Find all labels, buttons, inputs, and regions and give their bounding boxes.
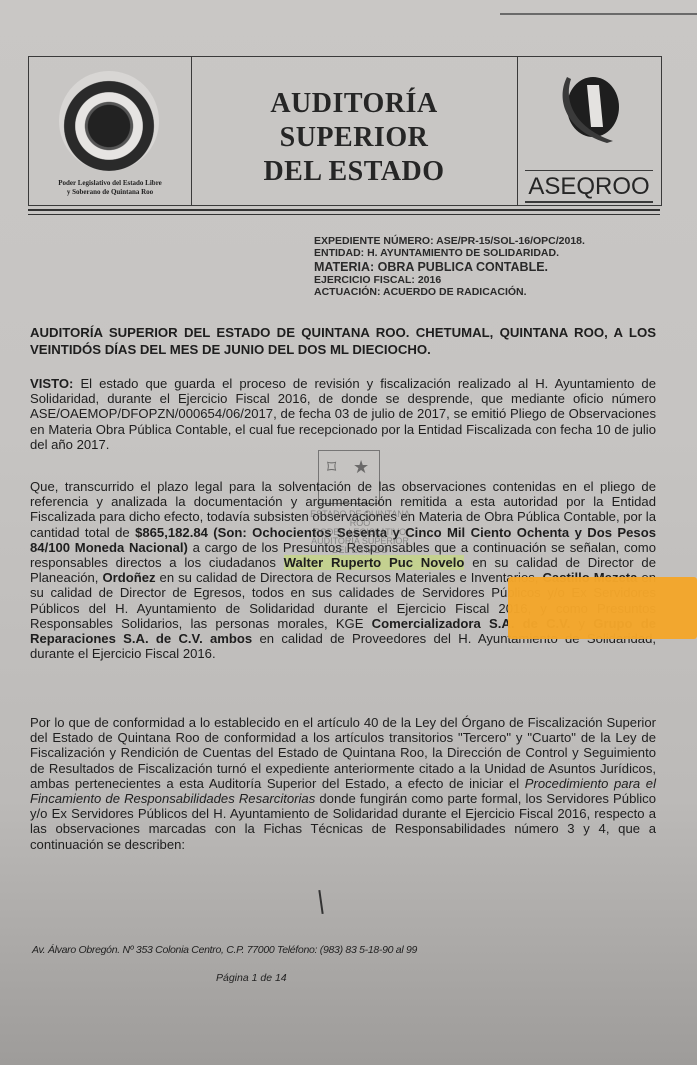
mexican-coat-of-arms-icon bbox=[59, 71, 159, 171]
stamp-symbol-icon: ⌑ bbox=[327, 457, 336, 478]
actuacion: ACTUACIÓN: ACUERDO DE RADICACIÓN. bbox=[314, 286, 585, 298]
materia: MATERIA: OBRA PUBLICA CONTABLE. bbox=[314, 260, 585, 274]
responsible-name-2: Ordoñez bbox=[102, 570, 155, 585]
logo-cell: ASEQROO bbox=[517, 57, 661, 205]
title-cell: AUDITORÍA SUPERIOR DEL ESTADO bbox=[191, 57, 518, 205]
institution-title: AUDITORÍA SUPERIOR DEL ESTADO bbox=[191, 87, 517, 189]
footer-address: Av. Álvaro Obregón. Nº 353 Colonia Centr… bbox=[32, 944, 417, 956]
pen-mark bbox=[318, 890, 323, 914]
star-icon: ★ bbox=[353, 457, 369, 478]
aseqroo-logo-icon bbox=[557, 71, 623, 147]
header-rule-thin bbox=[28, 214, 660, 215]
entidad: ENTIDAD: H. AYUNTAMIENTO DE SOLIDARIDAD. bbox=[314, 247, 585, 259]
page-number: Página 1 de 14 bbox=[216, 972, 287, 984]
logo-underline bbox=[525, 201, 653, 203]
responsible-name-1: Walter Ruperto Puc Novelo bbox=[284, 555, 465, 570]
visto-label: VISTO: bbox=[30, 376, 73, 391]
redaction-box bbox=[508, 577, 697, 639]
stamp-caption: ESTADO DE QUINTANA ROO PODER LEGISLATIVO… bbox=[305, 510, 415, 555]
seal-cell: Poder Legislativo del Estado Libre y Sob… bbox=[29, 57, 192, 205]
header-rule bbox=[28, 209, 660, 211]
intro-heading: AUDITORÍA SUPERIOR DEL ESTADO DE QUINTAN… bbox=[30, 324, 656, 358]
top-edge-line bbox=[500, 13, 697, 15]
document-header: Poder Legislativo del Estado Libre y Sob… bbox=[28, 56, 662, 206]
expediente-number: EXPEDIENTE NÚMERO: ASE/PR-15/SOL-16/OPC/… bbox=[314, 235, 585, 247]
ejercicio-fiscal: EJERCICIO FISCAL: 2016 bbox=[314, 274, 585, 286]
visto-paragraph: VISTO: El estado que guarda el proceso d… bbox=[30, 376, 656, 452]
por-lo-que-paragraph: Por lo que de conformidad a lo estableci… bbox=[30, 715, 656, 852]
case-metadata: EXPEDIENTE NÚMERO: ASE/PR-15/SOL-16/OPC/… bbox=[314, 235, 585, 299]
seal-caption: Poder Legislativo del Estado Libre y Sob… bbox=[29, 179, 191, 197]
logo-wordmark: ASEQROO bbox=[525, 170, 653, 201]
